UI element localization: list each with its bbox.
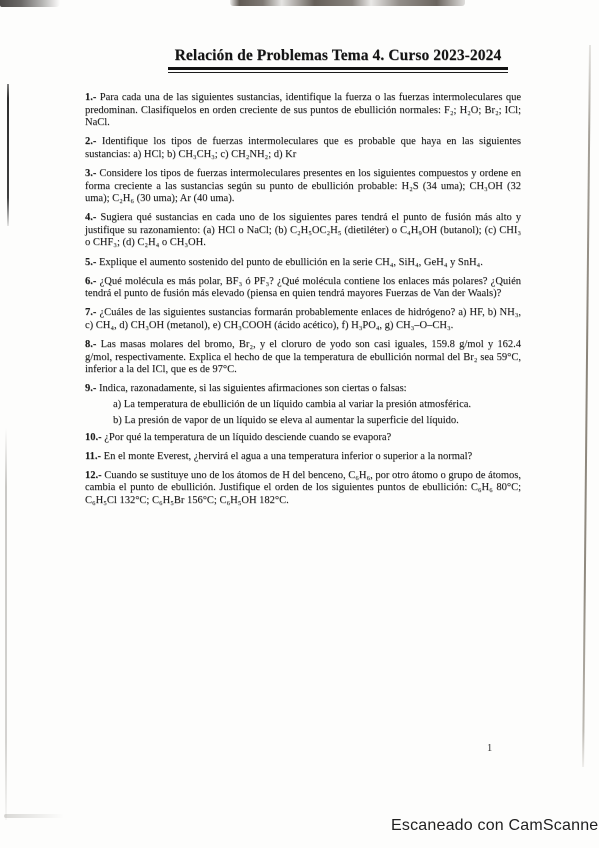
problem-9-item-a: a) La temperatura de ebullición de un lí… [85, 399, 521, 412]
document-header: Relación de Problemas Tema 4. Curso 2023… [168, 47, 508, 73]
scan-artifact-left-edge-faint-line [5, 428, 7, 820]
title-underline-rule [168, 67, 508, 73]
problem-number: 3.- [85, 168, 96, 179]
problem-number: 1.- [85, 92, 96, 103]
item-text: La presión de vapor de un líquido se ele… [124, 415, 458, 426]
problem-text: Para cada una de las siguientes sustanci… [85, 92, 521, 128]
problem-4: 4.- Sugiera qué sustancias en cada uno d… [85, 212, 521, 250]
item-letter: a) [113, 399, 121, 410]
scan-artifact-top-edge-smudge [230, 0, 465, 6]
problem-5: 5.- Explique el aumento sostenido del pu… [85, 257, 521, 270]
problem-6: 6.- ¿Qué molécula es más polar, BF₃ ó PF… [85, 276, 521, 301]
problem-number: 7.- [85, 307, 96, 318]
problem-7: 7.- ¿Cuáles de las siguientes sustancias… [85, 307, 521, 332]
problem-number: 10.- [85, 432, 102, 443]
problem-text: Considere los tipos de fuerzas intermole… [85, 168, 521, 204]
scan-artifact-bottom-left-smudge [4, 814, 64, 818]
problem-9-item-b: b) La presión de vapor de un líquido se … [85, 415, 521, 428]
problem-2: 2.- Identifique los tipos de fuerzas int… [85, 136, 521, 161]
problem-11: 11.- En el monte Everest, ¿hervirá el ag… [85, 451, 521, 464]
problem-10: 10.- ¿Por qué la temperatura de un líqui… [85, 432, 521, 445]
scan-artifact-left-edge-line [7, 84, 9, 226]
problem-text: En el monte Everest, ¿hervirá el agua a … [104, 451, 473, 462]
problem-number: 8.- [85, 339, 96, 350]
problem-number: 12.- [85, 470, 102, 481]
problem-1: 1.- Para cada una de las siguientes sust… [85, 92, 521, 130]
page-title: Relación de Problemas Tema 4. Curso 2023… [168, 47, 508, 65]
problem-number: 9.- [85, 383, 96, 394]
problem-9: 9.- Indica, razonadamente, si las siguie… [85, 383, 521, 396]
problem-number: 11.- [85, 451, 101, 462]
problem-number: 4.- [85, 212, 96, 223]
item-letter: b) [113, 415, 122, 426]
problem-text: Explique el aumento sostenido del punto … [99, 257, 483, 268]
problem-text: ¿Por qué la temperatura de un líquido de… [104, 432, 391, 443]
problem-text: Identifique los tipos de fuerzas intermo… [85, 136, 521, 160]
problem-number: 2.- [85, 136, 96, 147]
problem-text: Indica, razonadamente, si las siguientes… [99, 383, 407, 394]
scan-artifact-right-edge-line [582, 45, 591, 767]
camscanner-watermark: Escaneado con CamScanner [391, 817, 599, 835]
problem-text: Las masas molares del bromo, Br₂, y el c… [85, 339, 521, 375]
scanned-document-page: Relación de Problemas Tema 4. Curso 2023… [0, 0, 599, 848]
problem-list: 1.- Para cada una de las siguientes sust… [85, 92, 521, 514]
item-text: La temperatura de ebullición de un líqui… [124, 399, 471, 410]
problem-8: 8.- Las masas molares del bromo, Br₂, y … [85, 339, 521, 377]
problem-number: 6.- [85, 276, 96, 287]
problem-3: 3.- Considere los tipos de fuerzas inter… [85, 168, 521, 206]
page-number: 1 [487, 743, 492, 754]
scan-artifact-top-left-smudge [0, 0, 60, 7]
problem-number: 5.- [85, 257, 96, 268]
problem-text: ¿Cuáles de las siguientes sustancias for… [85, 307, 521, 331]
problem-text: Cuando se sustituye uno de los átomos de… [85, 470, 521, 506]
problem-12: 12.- Cuando se sustituye uno de los átom… [85, 470, 521, 508]
problem-text: Sugiera qué sustancias en cada uno de lo… [85, 212, 521, 248]
problem-text: ¿Qué molécula es más polar, BF₃ ó PF₃? ¿… [85, 276, 521, 300]
